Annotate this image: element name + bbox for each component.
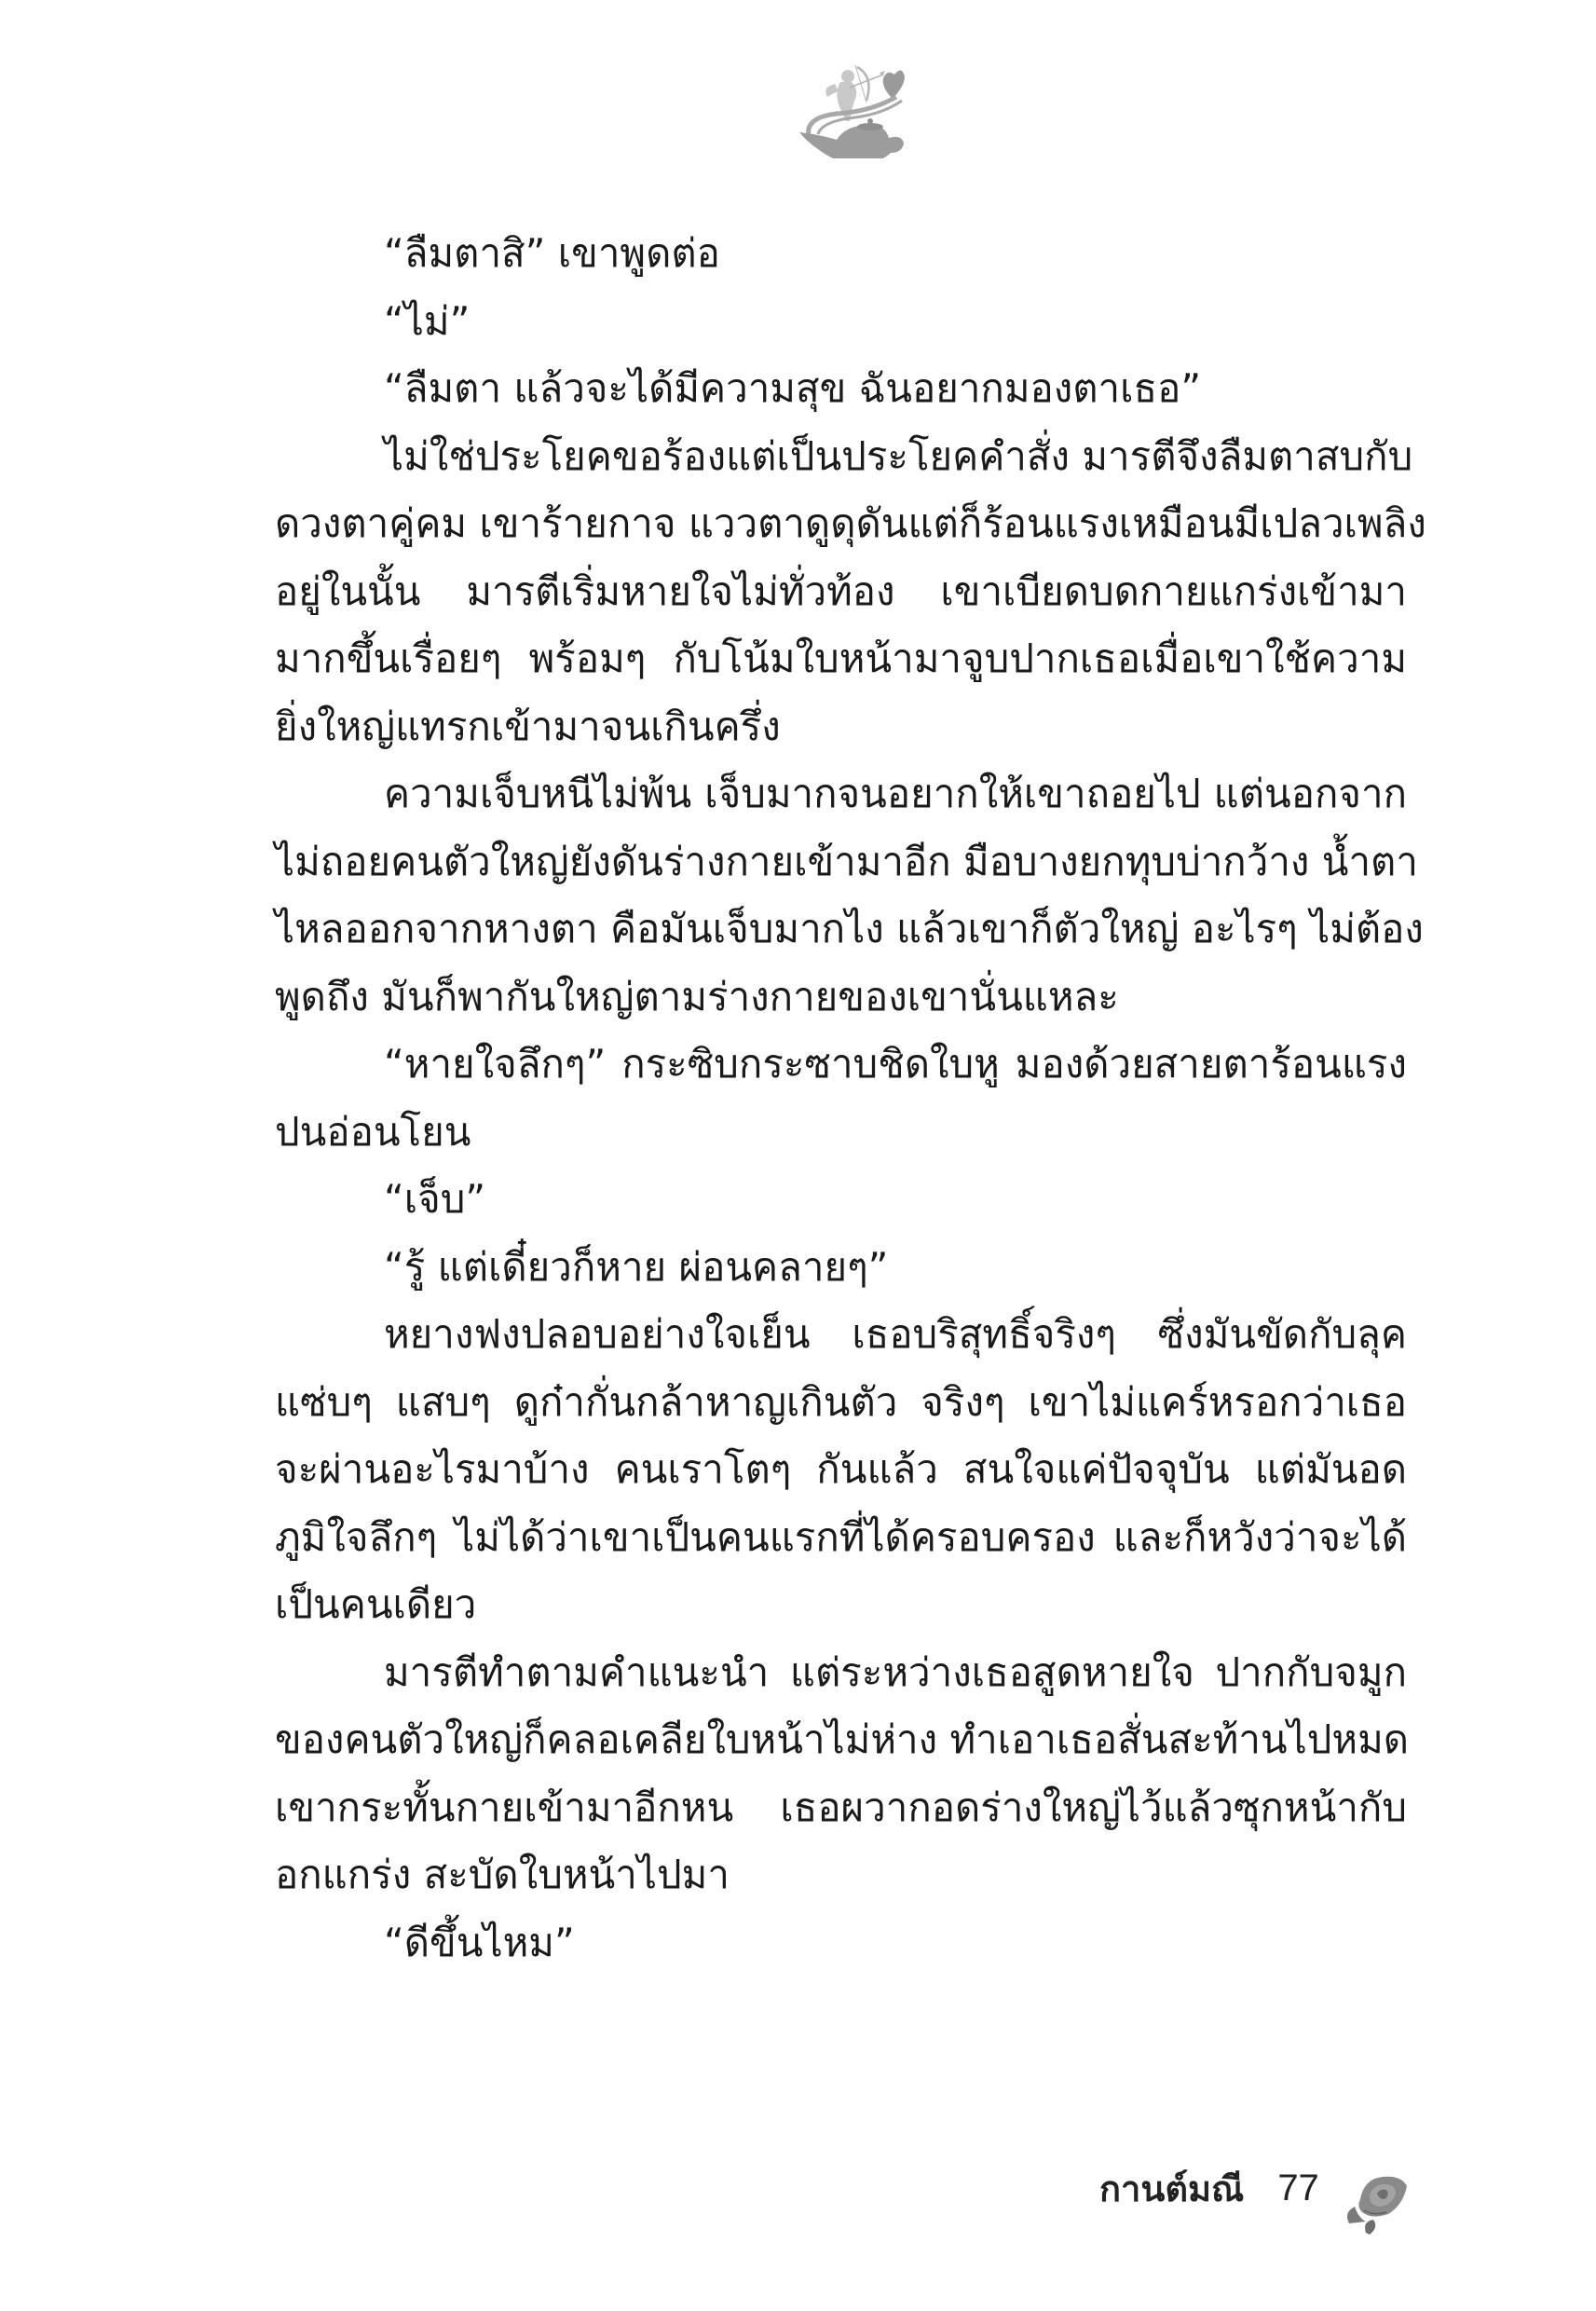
text-line: จะผ่านอะไรมาบ้าง คนเราโตๆ กันแล้ว สนใจแค… [275,1436,1407,1504]
author-name: กานต์มณี [1099,2160,1244,2217]
page-number: 77 [1277,2167,1319,2209]
text-line: “ไม่” [275,288,1407,356]
text-line: ไม่ถอยคนตัวใหญ่ยังดันร่างกายเข้ามาอีก มื… [275,828,1407,896]
text-line: ความเจ็บหนีไม่พ้น เจ็บมากจนอยากให้เขาถอย… [275,760,1407,828]
text-line: เขากระทั้นกายเข้ามาอีกหน เธอผวากอดร่างให… [275,1774,1407,1842]
text-line: แซ่บๆ แสบๆ ดูก๋ากั่นกล้าหาญเกินตัว จริงๆ… [275,1369,1407,1437]
text-line: “รู้ แต่เดี๋ยวก็หาย ผ่อนคลายๆ” [275,1234,1407,1302]
text-line: “เจ็บ” [275,1166,1407,1234]
text-line: เป็นคนเดียว [275,1571,1407,1639]
page-footer: กานต์มณี 77 [1099,2160,1319,2216]
text-line: “หายใจลึกๆ” กระซิบกระซาบชิดใบหู มองด้วยส… [275,1031,1407,1099]
text-line: ไม่ใช่ประโยคขอร้องแต่เป็นประโยคคำสั่ง มา… [275,423,1407,491]
text-line: พูดถึง มันก็พากันใหญ่ตามร่างกายของเขานั่… [275,964,1407,1032]
text-line: มากขึ้นเรื่อยๆ พร้อมๆ กับโน้มใบหน้ามาจูบ… [275,625,1407,693]
text-line: ปนอ่อนโยน [275,1099,1407,1167]
page-body-text: “ลืมตาสิ” เขาพูดต่อ“ไม่”“ลืมตา แล้วจะได้… [275,220,1407,1976]
text-line: “ลืมตาสิ” เขาพูดต่อ [275,220,1407,288]
text-line: ดวงตาคู่คม เขาร้ายกาจ แววตาดูดุดันแต่ก็ร… [275,490,1407,558]
text-line: ไหลออกจากหางตา คือมันเจ็บมากไง แล้วเขาก็… [275,896,1407,964]
text-line: “ดีขึ้นไหม” [275,1909,1407,1977]
text-line: ของคนตัวใหญ่ก็คลอเคลียใบหน้าไม่ห่าง ทำเอ… [275,1706,1407,1774]
rose-icon [1342,2171,1409,2236]
text-line: ยิ่งใหญ่แทรกเข้ามาจนเกินครึ่ง [275,693,1407,761]
text-line: ภูมิใจลึกๆ ไม่ได้ว่าเขาเป็นคนแรกที่ได้คร… [275,1504,1407,1572]
text-line: มารตีทำตามคำแนะนำ แต่ระหว่างเธอสูดหายใจ … [275,1639,1407,1707]
text-line: อยู่ในนั้น มารตีเริ่มหายใจไม่ทั่วท้อง เข… [275,558,1407,626]
text-line: อกแกร่ง สะบัดใบหน้าไปมา [275,1841,1407,1909]
text-line: หยางฟงปลอบอย่างใจเย็น เธอบริสุทธิ์จริงๆ … [275,1301,1407,1369]
genie-lamp-cupid-icon [781,56,907,158]
text-line: “ลืมตา แล้วจะได้มีความสุข ฉันอยากมองตาเธ… [275,355,1407,423]
